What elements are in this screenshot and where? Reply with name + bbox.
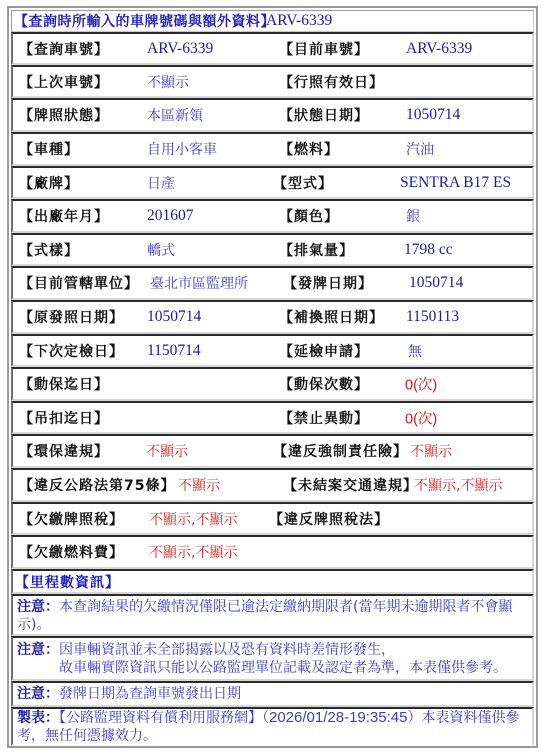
note-row-1: 注意：本查詢結果的欠繳情況僅限已逾法定繳納期限者(當年期未逾期限者不會顯示)。 [11,594,534,636]
value-vehicle-type: 自用小客車 [147,139,217,159]
value-environmental-violation: 不顯示 [146,441,188,461]
value-highway-law-75: 不顯示 [178,475,220,495]
label-open-traffic-violations: 【未結案交通違規】 [283,475,418,495]
label-previous-plate: 【上次車號】 [19,72,109,92]
row-fuel-fee: 【欠繳燃料費】 不顯示,不顯示 [11,535,534,569]
note-3-text: 發牌日期為查詢車號發出日期 [59,686,241,702]
value-body-style: 轎式 [147,240,175,260]
row-manufacture-date: 【出廠年月】 201607 【顏色】 銀 [11,199,534,233]
value-transfer-ban: 0(次) [405,407,437,428]
mileage-section-header: 【里程數資訊】 [11,569,534,594]
label-plate-status: 【牌照狀態】 [19,105,109,125]
label-environmental-violation: 【環保違規】 [19,441,109,461]
row-query-plate: 【查詢車號】 ARV-6339 【目前車號】 ARV-6339 [11,32,534,65]
label-compulsory-insurance-violation: 【違反強制責任險】 [273,441,408,461]
value-previous-plate: 不顯示 [147,72,189,92]
note-1: 注意：本查詢結果的欠繳情況僅限已逾法定繳納期限者(當年期未逾期限者不會顯示)。 [17,598,528,634]
value-chattel-mortgage-count: 0(次) [405,374,437,395]
footer-source: 【公路監理資料有償利用服務網】 [59,710,262,726]
value-color: 銀 [406,206,420,226]
label-unpaid-fuel-fee: 【欠繳燃料費】 [19,542,124,562]
value-jurisdiction: 臺北市區監理所 [150,273,248,293]
row-body-style: 【式樣】 轎式 【排氣量】 1798 cc [11,233,534,266]
value-unpaid-license-tax: 不顯示,不顯示 [149,509,237,529]
value-current-plate: ARV-6339 [406,40,472,58]
label-license-valid-date: 【行照有效日】 [279,72,384,92]
label-color: 【顏色】 [279,206,339,226]
note-1-tag: 注意： [17,599,59,615]
label-vehicle-type: 【車種】 [19,139,79,159]
value-displacement: 1798 cc [404,241,453,259]
label-manufacture-date: 【出廠年月】 [19,206,109,226]
row-license-tax: 【欠繳牌照稅】 不顯示,不顯示 【違反牌照稅法】 [11,502,534,535]
value-reissue-date: 1150113 [406,308,459,326]
label-brand: 【廠牌】 [19,173,79,193]
note-2-line-2: 故車輛實際資訊只能以公路監理單位記載及認定者為準，本表僅供參考。 [17,659,528,677]
row-previous-plate: 【上次車號】 不顯示 【行照有效日】 [11,65,534,98]
value-plate-status: 本區新領 [147,105,203,125]
value-plate-issue-date: 1050714 [409,274,463,292]
query-header-plate: ARV-6339 [266,12,332,30]
value-next-inspection: 1150714 [147,342,201,360]
row-jurisdiction: 【目前管轄單位】 臺北市區監理所 【發牌日期】 1050714 [11,266,534,300]
value-compulsory-insurance-violation: 不顯示 [410,441,452,461]
label-body-style: 【式樣】 [19,240,79,260]
footer-paren-open: （ [262,710,269,726]
value-original-license-date: 1050714 [147,308,201,326]
vehicle-info-table: 【查詢時所輸入的車牌號碼與額外資料】 ARV-6339 【查詢車號】 ARV-6… [7,6,538,748]
row-highway-law: 【違反公路法第75條】 不顯示 【未結案交通違規】 不顯示,不顯示 [11,468,534,502]
label-current-plate: 【目前車號】 [279,39,369,59]
label-license-tax-violation: 【違反牌照稅法】 [269,509,389,529]
query-header-title: 【查詢時所輸入的車牌號碼與額外資料】 [14,11,275,31]
label-chattel-mortgage-count: 【動保次數】 [279,374,369,394]
row-chattel-mortgage: 【動保迄日】 【動保次數】 0(次) [11,367,534,401]
note-2-line-1: 因車輛資訊並未全部揭露以及恐有資料時差情形發生， [59,642,395,658]
label-inspection-extension: 【延檢申請】 [279,341,369,361]
label-plate-issue-date: 【發牌日期】 [283,273,373,293]
label-status-date: 【狀態日期】 [279,105,369,125]
note-2: 注意：因車輛資訊並未全部揭露以及恐有資料時差情形發生， 故車輛實際資訊只能以公路… [17,641,528,677]
value-open-traffic-violations: 不顯示,不顯示 [414,475,502,495]
note-3-tag: 注意： [17,686,59,702]
note-2-tag: 注意： [17,642,59,658]
note-row-3: 注意：發牌日期為查詢車號發出日期 [11,681,534,707]
footer-tag: 製表： [17,710,59,726]
label-highway-law-75: 【違反公路法第75條】 [19,475,175,495]
label-jurisdiction: 【目前管轄單位】 [19,273,139,293]
value-inspection-extension: 無 [408,341,422,361]
row-next-inspection: 【下次定檢日】 1150714 【延檢申請】 無 [11,334,534,367]
label-displacement: 【排氣量】 [279,240,354,260]
label-transfer-ban: 【禁止異動】 [279,408,369,428]
label-suspension-date: 【吊扣迄日】 [19,408,109,428]
label-model: 【型式】 [273,173,333,193]
value-status-date: 1050714 [406,106,460,124]
label-chattel-mortgage-date: 【動保迄日】 [19,374,109,394]
note-1-text: 本查詢結果的欠繳情況僅限已逾法定繳納期限者(當年期未逾期限者不會顯示)。 [17,599,512,633]
value-fuel: 汽油 [406,139,434,159]
footer-timestamp: 2026/01/28-19:35:45 [269,709,407,726]
row-plate-status: 【牌照狀態】 本區新領 【狀態日期】 1050714 [11,98,534,132]
value-query-plate: ARV-6339 [147,40,213,58]
row-brand: 【廠牌】 日產 【型式】 SENTRA B17 ES [11,166,534,199]
row-suspension: 【吊扣迄日】 【禁止異動】 0(次) [11,401,534,434]
label-fuel: 【燃料】 [279,139,339,159]
mileage-title: 【里程數資訊】 [15,572,120,592]
label-unpaid-license-tax: 【欠繳牌照稅】 [19,509,124,529]
label-reissue-date: 【補換照日期】 [279,307,384,327]
value-brand: 日產 [147,173,175,193]
value-manufacture-date: 201607 [147,207,194,225]
row-vehicle-type: 【車種】 自用小客車 【燃料】 汽油 [11,132,534,166]
value-model: SENTRA B17 ES [400,174,511,192]
row-environmental: 【環保違規】 不顯示 【違反強制責任險】 不顯示 [11,434,534,468]
value-unpaid-fuel-fee: 不顯示,不顯示 [149,542,237,562]
footer-row: 製表：【公路監理資料有償利用服務網】（2026/01/28-19:35:45）本… [11,707,534,746]
note-3: 注意：發牌日期為查詢車號發出日期 [17,685,528,703]
footer-text: 製表：【公路監理資料有償利用服務網】（2026/01/28-19:35:45）本… [17,709,528,745]
query-header-row: 【查詢時所輸入的車牌號碼與額外資料】 ARV-6339 [11,10,534,32]
label-next-inspection: 【下次定檢日】 [19,341,124,361]
note-row-2: 注意：因車輛資訊並未全部揭露以及恐有資料時差情形發生， 故車輛實際資訊只能以公路… [11,636,534,681]
label-original-license-date: 【原發照日期】 [19,307,124,327]
label-query-plate: 【查詢車號】 [19,39,109,59]
row-original-license-date: 【原發照日期】 1050714 【補換照日期】 1150113 [11,300,534,334]
